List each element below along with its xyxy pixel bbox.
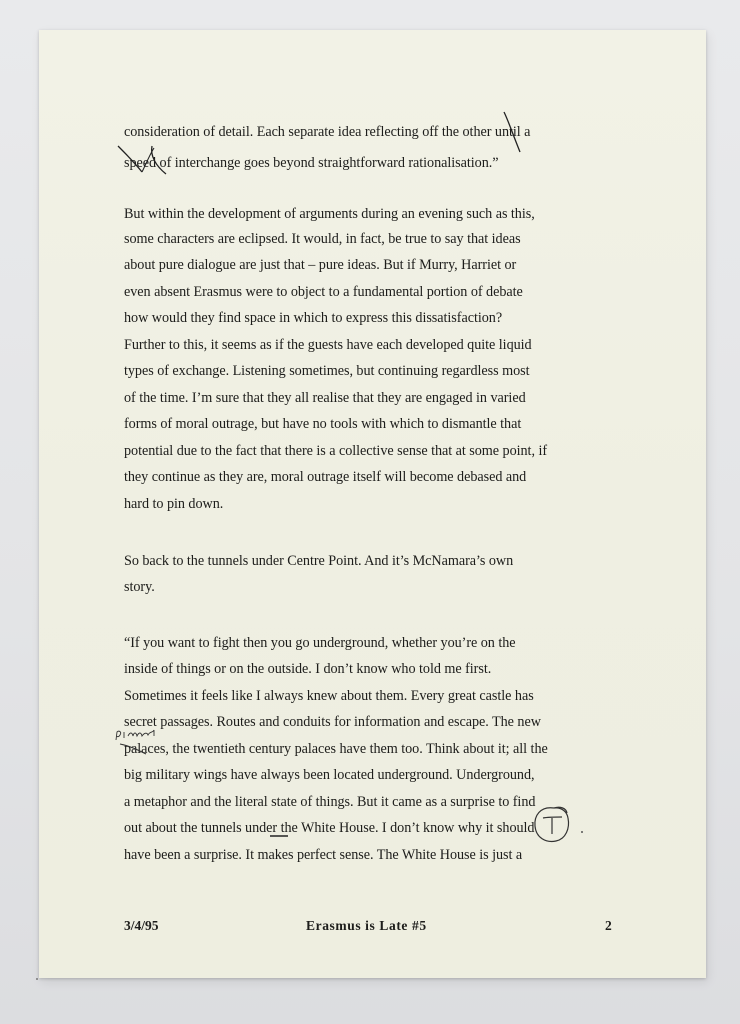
text-line: a metaphor and the literal state of thin… bbox=[124, 794, 535, 811]
footer-title: Erasmus is Late #5 bbox=[306, 918, 427, 934]
text-line: even absent Erasmus were to object to a … bbox=[124, 284, 523, 301]
text-line: they continue as they are, moral outrage… bbox=[124, 469, 526, 486]
text-line: secret passages. Routes and conduits for… bbox=[124, 714, 541, 731]
text-line: Further to this, it seems as if the gues… bbox=[124, 337, 532, 354]
text-line: Sometimes it feels like I always knew ab… bbox=[124, 688, 534, 705]
text-line: inside of things or on the outside. I do… bbox=[124, 661, 491, 678]
text-line: hard to pin down. bbox=[124, 496, 223, 513]
text-line: big military wings have always been loca… bbox=[124, 767, 535, 784]
text-line: So back to the tunnels under Centre Poin… bbox=[124, 553, 513, 570]
text-line: forms of moral outrage, but have no tool… bbox=[124, 416, 521, 433]
text-line: story. bbox=[124, 579, 155, 596]
text-line: speed of interchange goes beyond straigh… bbox=[124, 155, 499, 172]
text-line: “If you want to fight then you go underg… bbox=[124, 635, 516, 652]
text-line: how would they find space in which to ex… bbox=[124, 310, 502, 327]
text-line: types of exchange. Listening sometimes, … bbox=[124, 363, 530, 380]
footer-date: 3/4/95 bbox=[124, 918, 159, 934]
text-line: about pure dialogue are just that – pure… bbox=[124, 257, 516, 274]
text-line: of the time. I’m sure that they all real… bbox=[124, 390, 526, 407]
ink-dot bbox=[581, 831, 583, 833]
text-line: potential due to the fact that there is … bbox=[124, 443, 547, 460]
text-line: have been a surprise. It makes perfect s… bbox=[124, 847, 522, 864]
text-line: out about the tunnels under the White Ho… bbox=[124, 820, 534, 837]
page-number: 2 bbox=[605, 918, 612, 934]
text-line: But within the development of arguments … bbox=[124, 206, 535, 223]
text-line: palaces, the twentieth century palaces h… bbox=[124, 741, 548, 758]
text-line: some characters are eclipsed. It would, … bbox=[124, 231, 521, 248]
text-line: consideration of detail. Each separate i… bbox=[124, 124, 530, 141]
ink-dot bbox=[36, 978, 38, 980]
